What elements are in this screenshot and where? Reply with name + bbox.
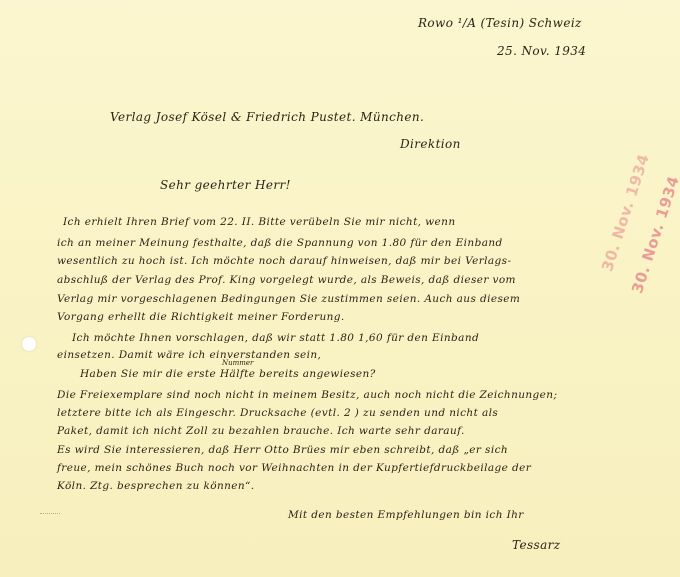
salutation: Sehr geehrter Herr! — [160, 178, 291, 192]
body-line: Ich erhielt Ihren Brief vom 22. II. Bitt… — [63, 216, 456, 228]
body-line: einsetzen. Damit wäre ich einverstanden … — [57, 349, 321, 361]
body-line: Die Freiexemplare sind noch nicht in mei… — [57, 389, 557, 401]
body-line: freue, mein schönes Buch noch vor Weihna… — [57, 462, 531, 474]
body-line: letztere bitte ich als Eingeschr. Drucks… — [57, 407, 498, 419]
body-line: abschluß der Verlag des Prof. King vorge… — [57, 274, 516, 286]
margin-mark — [40, 513, 60, 516]
recipient-line-1: Verlag Josef Kösel & Friedrich Pustet. M… — [110, 110, 424, 124]
letter-place: Rowo ¹/A (Tesin) Schweiz — [418, 16, 582, 30]
recipient-line-2: Direktion — [400, 137, 461, 151]
body-line: Ich möchte Ihnen vorschlagen, daß wir st… — [72, 332, 479, 344]
inserted-word: Nummer — [222, 359, 253, 367]
body-line: Köln. Ztg. besprechen zu können“. — [57, 480, 255, 492]
body-line: Es wird Sie interessieren, daß Herr Otto… — [57, 444, 508, 456]
punch-hole — [22, 337, 36, 351]
body-line: Paket, damit ich nicht Zoll zu bezahlen … — [57, 425, 465, 437]
body-line: Verlag mir vorgeschlagenen Bedingungen S… — [57, 293, 520, 305]
body-line: Vorgang erhellt die Richtigkeit meiner F… — [57, 311, 345, 323]
body-line: ich an meiner Meinung festhalte, daß die… — [57, 237, 503, 249]
signature: Tessarz — [512, 538, 561, 552]
body-line: wesentlich zu hoch ist. Ich möchte noch … — [57, 255, 511, 267]
body-line: Haben Sie mir die erste Hälfte bereits a… — [80, 368, 376, 380]
letter-date: 25. Nov. 1934 — [497, 44, 586, 58]
closing: Mit den besten Empfehlungen bin ich Ihr — [288, 509, 524, 521]
